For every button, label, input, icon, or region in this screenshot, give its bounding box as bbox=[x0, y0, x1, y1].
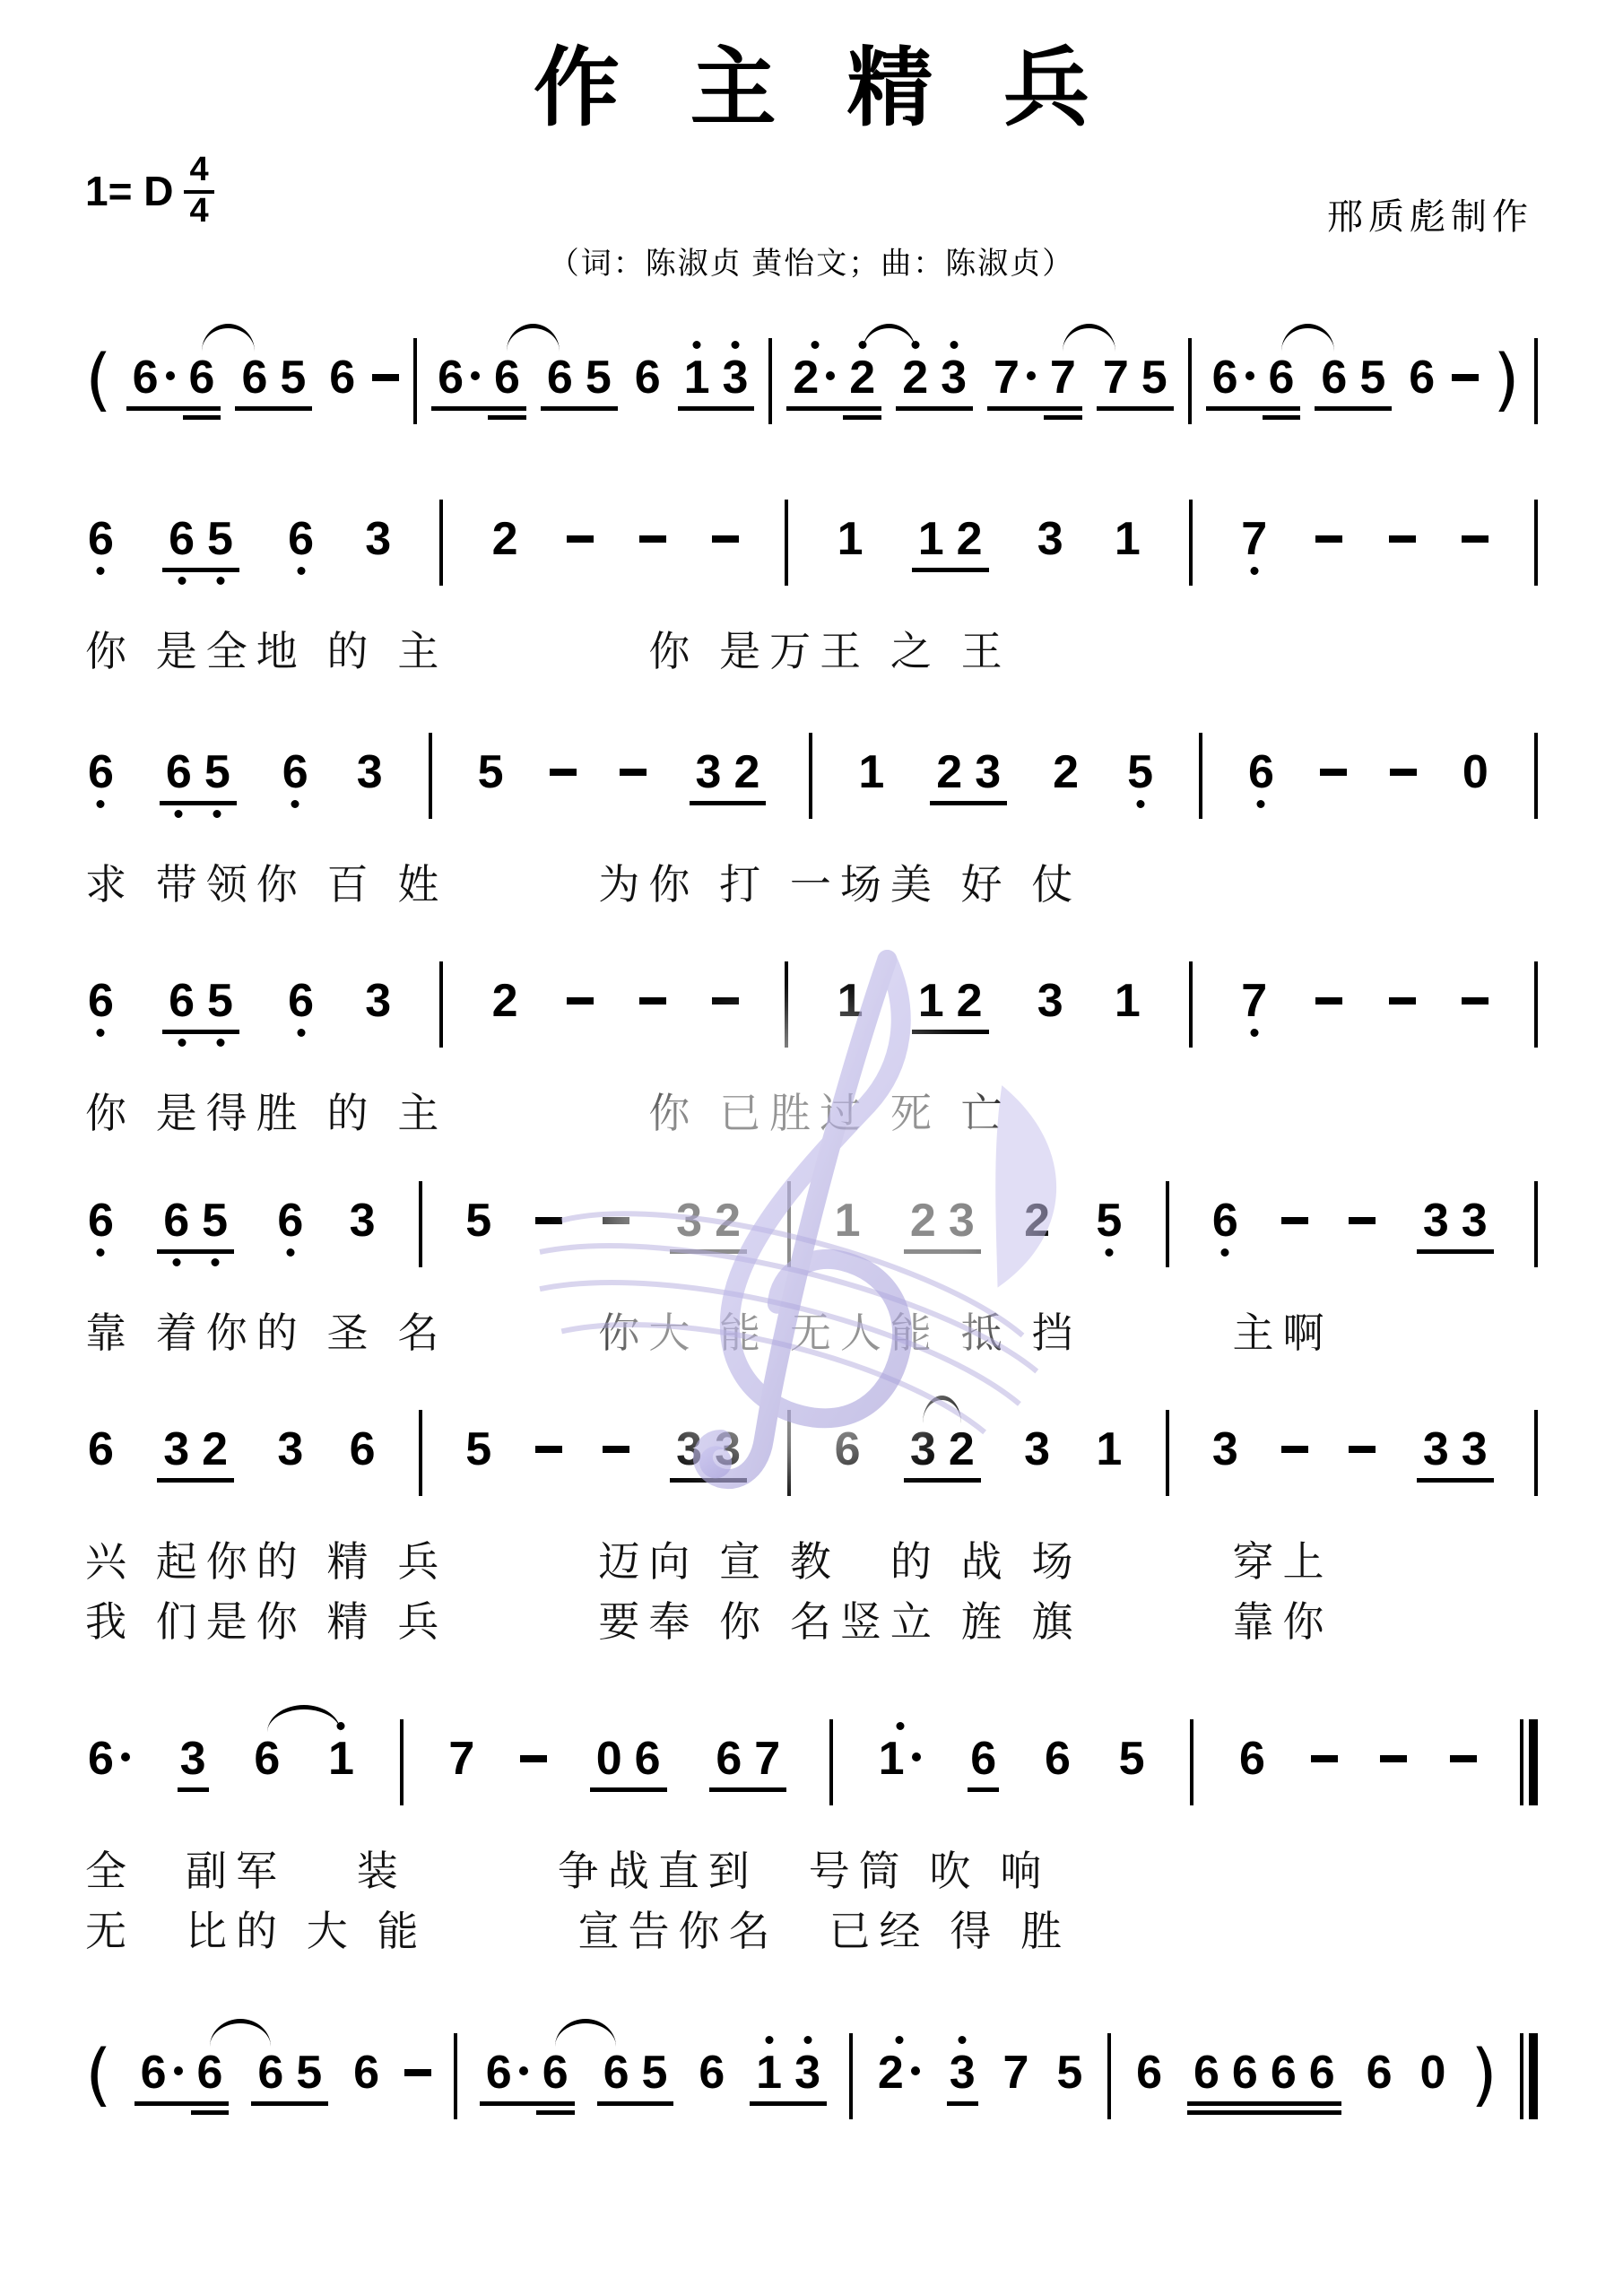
note: 6 bbox=[285, 516, 317, 562]
beam-group: 65 bbox=[160, 749, 237, 805]
note-digit: 5 bbox=[1124, 749, 1156, 796]
notes-row: 63617066716656 bbox=[85, 1735, 1538, 1825]
final-barline-thin bbox=[1520, 2033, 1523, 2119]
duration-dash bbox=[567, 997, 594, 1004]
note-digit: 6 bbox=[126, 354, 183, 411]
barline bbox=[1189, 500, 1193, 586]
notes-row: 665632112317 bbox=[85, 978, 1538, 1067]
note: 6 bbox=[326, 354, 358, 401]
note-digit: 6 bbox=[480, 2049, 536, 2106]
note-digit: 1 bbox=[1093, 1426, 1124, 1473]
slur bbox=[507, 324, 560, 352]
note-digit: 5 bbox=[195, 1197, 234, 1254]
duration-dash bbox=[1452, 374, 1479, 381]
barline bbox=[1166, 1410, 1169, 1496]
note-digit: 1 bbox=[855, 749, 887, 796]
note-digit: 6 bbox=[968, 1735, 999, 1792]
note: 6 bbox=[431, 354, 488, 411]
note-digit: 6 bbox=[183, 354, 221, 411]
note-digit: 2 bbox=[930, 749, 968, 805]
duration-dash bbox=[1311, 1755, 1338, 1762]
note: 2 bbox=[195, 1426, 234, 1483]
barline bbox=[1189, 961, 1193, 1048]
note: 6 bbox=[85, 516, 117, 562]
note-digit: 5 bbox=[463, 1426, 494, 1473]
note-digit: 1 bbox=[832, 1197, 864, 1244]
note: 1 bbox=[1112, 516, 1143, 562]
note: 1 bbox=[912, 978, 950, 1034]
notes-row: 665635321232560 bbox=[85, 749, 1538, 839]
notes-row: (6665666656132223777566656) bbox=[85, 354, 1538, 444]
note: 6 bbox=[1206, 354, 1263, 411]
duration-dash bbox=[603, 1217, 629, 1224]
dot-below bbox=[97, 1248, 105, 1257]
system-verse2-line2: 6656353212325633靠 着你的 圣 名 你大 能 无人能 抵 挡 主… bbox=[85, 1197, 1538, 1358]
note-digit: 1 bbox=[912, 516, 950, 572]
beam-group: 65 bbox=[157, 1197, 234, 1254]
barline bbox=[1534, 733, 1538, 819]
note: 6 bbox=[1264, 2049, 1303, 2106]
note: 7 bbox=[1238, 978, 1270, 1024]
note: 3 bbox=[1455, 1197, 1494, 1254]
note-digit: 7 bbox=[1044, 354, 1082, 411]
note: 5 bbox=[463, 1426, 494, 1473]
barline bbox=[429, 733, 432, 819]
augmentation-dot bbox=[912, 1752, 921, 1761]
note: 5 bbox=[1353, 354, 1392, 411]
note: 2 bbox=[727, 749, 766, 805]
note-digit: 7 bbox=[1238, 516, 1270, 562]
beam-group: 65 bbox=[251, 2049, 328, 2106]
note-digit: 3 bbox=[947, 2049, 978, 2106]
note-digit: 6 bbox=[1237, 1735, 1268, 1782]
beam-group: 23 bbox=[930, 749, 1007, 805]
system-chorus-line1: 6323653363231333兴 起你的 精 兵 迈向 宣 教 的 战 场 穿… bbox=[85, 1426, 1538, 1647]
note: 5 bbox=[475, 749, 507, 796]
note-digit: 3 bbox=[1455, 1197, 1494, 1254]
dot-below bbox=[1105, 1248, 1113, 1257]
barline bbox=[768, 338, 772, 424]
note: 2 bbox=[942, 1426, 981, 1483]
note: 6 bbox=[541, 354, 579, 411]
note-digit: 6 bbox=[632, 354, 664, 401]
system-verse1-line2: 665635321232560求 带领你 百 姓 为你 打 一场美 好 仗 bbox=[85, 749, 1538, 909]
duration-dash bbox=[535, 1217, 562, 1224]
dot-below bbox=[297, 1029, 305, 1037]
note: 6 bbox=[1263, 354, 1301, 411]
note-digit: 6 bbox=[251, 2049, 290, 2106]
note-digit: 6 bbox=[1315, 354, 1353, 411]
note-digit: 2 bbox=[195, 1426, 234, 1483]
beam-group: 22 bbox=[786, 354, 881, 411]
note-digit: 3 bbox=[904, 1426, 942, 1483]
beam-group: 6666 bbox=[1187, 2049, 1341, 2106]
note-digit: 5 bbox=[463, 1197, 494, 1244]
beam-group: 65 bbox=[162, 978, 239, 1034]
augmentation-dot bbox=[166, 371, 175, 380]
note: 5 bbox=[201, 978, 239, 1034]
notes-row: 6323653363231333 bbox=[85, 1426, 1538, 1516]
note: 5 bbox=[1116, 1735, 1148, 1782]
dot-above bbox=[811, 341, 819, 349]
note-digit: 6 bbox=[85, 1735, 135, 1782]
note: 2 bbox=[930, 749, 968, 805]
dot-below bbox=[178, 577, 186, 585]
duration-dash bbox=[620, 769, 647, 776]
note-digit: 6 bbox=[1303, 2049, 1341, 2106]
barline bbox=[1166, 1181, 1169, 1267]
dot-below bbox=[1250, 567, 1258, 575]
note: 6 bbox=[347, 1426, 378, 1473]
note-digit: 7 bbox=[446, 1735, 477, 1782]
note-digit: 6 bbox=[85, 978, 117, 1024]
note-digit: 0 bbox=[1417, 2049, 1448, 2096]
note-digit: 6 bbox=[1210, 1197, 1241, 1244]
note: 6 bbox=[285, 978, 317, 1024]
beam-group: 66 bbox=[431, 354, 526, 411]
note-digit: 6 bbox=[85, 749, 117, 796]
slur bbox=[555, 2019, 616, 2047]
note: 3 bbox=[670, 1197, 708, 1254]
lyric-line-1: 靠 着你的 圣 名 你大 能 无人能 抵 挡 主啊 bbox=[85, 1309, 1538, 1358]
note: 2 bbox=[950, 516, 989, 572]
note: 5 bbox=[1093, 1197, 1124, 1244]
note: 6 bbox=[162, 516, 201, 572]
note: 6 bbox=[191, 2049, 230, 2106]
note: 6 bbox=[85, 1426, 117, 1473]
note-digit: 6 bbox=[280, 749, 311, 796]
note: 5 bbox=[201, 516, 239, 572]
note-digit: 6 bbox=[347, 1426, 378, 1473]
note: 1 bbox=[835, 516, 866, 562]
note: 6 bbox=[280, 749, 311, 796]
barline bbox=[809, 733, 812, 819]
note: 0 bbox=[1460, 749, 1491, 796]
note: 1 bbox=[678, 354, 716, 411]
note-digit: 7 bbox=[1097, 354, 1135, 411]
note: 6 bbox=[1042, 1735, 1073, 1782]
note-digit: 1 bbox=[750, 2049, 788, 2106]
dot-below bbox=[297, 567, 305, 575]
note: 5 bbox=[273, 354, 312, 411]
barline bbox=[1107, 2033, 1111, 2119]
note: 2 bbox=[904, 1197, 942, 1254]
note: 6 bbox=[488, 354, 526, 411]
final-barline bbox=[1520, 2033, 1538, 2119]
beam-group: 77 bbox=[987, 354, 1082, 411]
note: 3 bbox=[947, 2049, 978, 2106]
note: 2 bbox=[490, 516, 521, 562]
note-digit: 6 bbox=[629, 1735, 667, 1792]
lyric-line-1: 兴 起你的 精 兵 迈向 宣 教 的 战 场 穿上 bbox=[85, 1537, 1538, 1587]
note-digit: 6 bbox=[1264, 2049, 1303, 2106]
barline bbox=[1534, 500, 1538, 586]
notes-row: 6656353212325633 bbox=[85, 1197, 1538, 1287]
note: 6 bbox=[235, 354, 273, 411]
note: 3 bbox=[1035, 978, 1066, 1024]
note: 2 bbox=[1021, 1197, 1053, 1244]
barline bbox=[419, 1410, 422, 1496]
note-digit: 5 bbox=[273, 354, 312, 411]
dot-above bbox=[765, 2036, 773, 2044]
note: 7 bbox=[1238, 516, 1270, 562]
note: 5 bbox=[195, 1197, 234, 1254]
dot-above bbox=[731, 341, 739, 349]
note-digit: 6 bbox=[541, 354, 579, 411]
note: 3 bbox=[690, 749, 728, 805]
parenthesis: ) bbox=[1471, 2040, 1497, 2109]
barline bbox=[419, 1181, 422, 1267]
note: 3 bbox=[347, 1197, 378, 1244]
dot-below bbox=[1257, 800, 1265, 808]
note-digit: 0 bbox=[590, 1735, 629, 1792]
note: 3 bbox=[1417, 1197, 1455, 1254]
barline bbox=[1534, 961, 1538, 1048]
duration-dash bbox=[1462, 997, 1488, 1004]
duration-dash bbox=[1281, 1217, 1308, 1224]
note: 6 bbox=[1245, 749, 1277, 796]
note-digit: 1 bbox=[1112, 516, 1143, 562]
duration-dash bbox=[567, 535, 594, 543]
barline bbox=[413, 338, 417, 424]
note: 6 bbox=[1187, 2049, 1226, 2106]
note: 1 bbox=[325, 1735, 357, 1782]
beam-group: 66 bbox=[135, 2049, 230, 2106]
note-digit: 2 bbox=[904, 1197, 942, 1254]
note-digit: 2 bbox=[950, 516, 989, 572]
note-digit: 3 bbox=[690, 749, 728, 805]
note: 5 bbox=[1054, 2049, 1085, 2096]
dot-below bbox=[97, 1029, 105, 1037]
note: 6 bbox=[709, 1735, 748, 1792]
beam-group: 65 bbox=[541, 354, 618, 411]
beam-group: 32 bbox=[157, 1426, 234, 1483]
parenthesis: ) bbox=[1493, 345, 1520, 413]
note-digit: 2 bbox=[843, 354, 881, 411]
barline bbox=[785, 500, 788, 586]
note-digit: 3 bbox=[354, 749, 386, 796]
system-intro: (6665666656132223777566656) bbox=[85, 354, 1538, 444]
dot-below bbox=[1221, 1248, 1229, 1257]
note-digit: 5 bbox=[201, 978, 239, 1034]
beam-group: 32 bbox=[670, 1197, 747, 1254]
sheet-music-page: 作 主 精 兵 1= D 4 4 邢质彪制作 （词：陈淑贞 黄怡文；曲：陈淑贞）… bbox=[0, 0, 1623, 2296]
note-digit: 5 bbox=[1054, 2049, 1085, 2096]
dot-below bbox=[172, 1258, 180, 1266]
note-digit: 6 bbox=[1133, 2049, 1165, 2096]
note: 3 bbox=[1035, 516, 1066, 562]
note: 3 bbox=[1417, 1426, 1455, 1483]
note: 3 bbox=[708, 1426, 747, 1483]
barline bbox=[1534, 338, 1538, 424]
dot-above bbox=[959, 2036, 967, 2044]
dot-below bbox=[97, 567, 105, 575]
note: 3 bbox=[362, 978, 394, 1024]
barline bbox=[1199, 733, 1202, 819]
note: 3 bbox=[788, 2049, 827, 2106]
note-digit: 5 bbox=[1093, 1197, 1124, 1244]
note-digit: 6 bbox=[431, 354, 488, 411]
note: 1 bbox=[912, 516, 950, 572]
lyric-line-1: 你 是得胜 的 主 你 已胜过 死 亡 bbox=[85, 1089, 1538, 1138]
beam-group: 67 bbox=[709, 1735, 786, 1792]
note: 7 bbox=[1001, 2049, 1032, 2096]
note-digit: 1 bbox=[1112, 978, 1143, 1024]
note-digit: 6 bbox=[1206, 354, 1263, 411]
final-barline bbox=[1520, 1719, 1538, 1805]
dot-above bbox=[337, 1722, 345, 1730]
note-digit: 1 bbox=[912, 978, 950, 1034]
duration-dash bbox=[603, 1446, 629, 1453]
augmentation-dot bbox=[471, 371, 480, 380]
duration-dash bbox=[550, 769, 577, 776]
note-digit: 6 bbox=[326, 354, 358, 401]
beam-group: 13 bbox=[678, 354, 755, 411]
note-digit: 5 bbox=[579, 354, 618, 411]
note-digit: 5 bbox=[635, 2049, 673, 2106]
barline bbox=[1534, 1410, 1538, 1496]
note: 1 bbox=[855, 749, 887, 796]
parenthesis: ( bbox=[85, 2040, 112, 2109]
note-digit: 6 bbox=[85, 1197, 117, 1244]
dot-above bbox=[911, 341, 919, 349]
augmentation-dot bbox=[911, 2066, 920, 2075]
note: 7 bbox=[748, 1735, 786, 1792]
note: 3 bbox=[1455, 1426, 1494, 1483]
duration-dash bbox=[712, 997, 739, 1004]
note: 3 bbox=[274, 1426, 306, 1473]
barline bbox=[454, 2033, 457, 2119]
note: 7 bbox=[1044, 354, 1082, 411]
note-digit: 3 bbox=[716, 354, 755, 411]
note: 3 bbox=[157, 1426, 195, 1483]
note-digit: 6 bbox=[597, 2049, 636, 2106]
duration-dash bbox=[1281, 1446, 1308, 1453]
dot-below bbox=[1250, 1029, 1258, 1037]
note-digit: 2 bbox=[490, 516, 521, 562]
barline bbox=[400, 1719, 404, 1805]
note-digit: 3 bbox=[362, 516, 394, 562]
duration-dash bbox=[372, 374, 399, 381]
note-digit: 6 bbox=[160, 749, 198, 805]
note-digit: 6 bbox=[274, 1197, 306, 1244]
note: 6 bbox=[251, 1735, 282, 1782]
duration-dash bbox=[1390, 769, 1417, 776]
note: 2 bbox=[896, 354, 934, 411]
note-digit: 3 bbox=[670, 1426, 708, 1483]
note-digit: 2 bbox=[1050, 749, 1081, 796]
duration-dash bbox=[1315, 535, 1342, 543]
note: 2 bbox=[950, 978, 989, 1034]
note-digit: 6 bbox=[1042, 1735, 1073, 1782]
note: 6 bbox=[351, 2049, 382, 2096]
note: 3 bbox=[1021, 1426, 1053, 1473]
dot-above bbox=[693, 341, 701, 349]
note-digit: 6 bbox=[162, 978, 201, 1034]
note: 6 bbox=[1226, 2049, 1264, 2106]
slur bbox=[267, 1705, 342, 1733]
note: 6 bbox=[162, 978, 201, 1034]
note: 6 bbox=[251, 2049, 290, 2106]
note: 3 bbox=[178, 1735, 209, 1792]
note: 2 bbox=[875, 2049, 924, 2096]
note: 5 bbox=[635, 2049, 673, 2106]
beam-group: 32 bbox=[690, 749, 767, 805]
duration-dash bbox=[1450, 1755, 1477, 1762]
duration-dash bbox=[520, 1755, 547, 1762]
notes-row: (66656666561323756666660) bbox=[85, 2049, 1538, 2139]
beam-group: 12 bbox=[912, 978, 989, 1034]
note-digit: 7 bbox=[748, 1735, 786, 1792]
barline bbox=[787, 1410, 791, 1496]
note-digit: 2 bbox=[875, 2049, 924, 2096]
barline bbox=[1188, 338, 1192, 424]
note-digit: 2 bbox=[1021, 1197, 1053, 1244]
dot-above bbox=[858, 341, 866, 349]
augmentation-dot bbox=[1027, 371, 1036, 380]
note-digit: 2 bbox=[786, 354, 843, 411]
note-digit: 6 bbox=[1263, 354, 1301, 411]
dot-above bbox=[896, 2036, 904, 2044]
lyric-line-1: 你 是全地 的 主 你 是万王 之 王 bbox=[85, 627, 1538, 676]
dot-below bbox=[1136, 800, 1144, 808]
note-digit: 2 bbox=[727, 749, 766, 805]
dot-below bbox=[97, 800, 105, 808]
note-digit: 3 bbox=[178, 1735, 209, 1792]
note: 6 bbox=[1315, 354, 1353, 411]
final-barline-thick bbox=[1529, 2033, 1538, 2119]
note: 3 bbox=[1210, 1426, 1241, 1473]
note-digit: 2 bbox=[950, 978, 989, 1034]
note-digit: 3 bbox=[670, 1197, 708, 1254]
barline bbox=[1534, 1181, 1538, 1267]
note: 6 bbox=[85, 1197, 117, 1244]
note: 2 bbox=[708, 1197, 747, 1254]
note-digit: 5 bbox=[1353, 354, 1392, 411]
note: 6 bbox=[160, 749, 198, 805]
note-digit: 2 bbox=[942, 1426, 981, 1483]
note: 1 bbox=[1112, 978, 1143, 1024]
note-digit: 6 bbox=[1245, 749, 1277, 796]
duration-dash bbox=[535, 1446, 562, 1453]
note-digit: 3 bbox=[1417, 1426, 1455, 1483]
note: 6 bbox=[1133, 2049, 1165, 2096]
dot-below bbox=[216, 1039, 224, 1047]
note-digit: 2 bbox=[896, 354, 934, 411]
barline bbox=[787, 1181, 791, 1267]
note-digit: 3 bbox=[708, 1426, 747, 1483]
note: 6 bbox=[832, 1426, 864, 1473]
slur bbox=[1281, 324, 1334, 352]
system-verse2-line1: 665632112317你 是得胜 的 主 你 已胜过 死 亡 bbox=[85, 978, 1538, 1138]
note: 6 bbox=[632, 354, 664, 401]
note: 6 bbox=[274, 1197, 306, 1244]
note-digit: 5 bbox=[1116, 1735, 1148, 1782]
note: 0 bbox=[590, 1735, 629, 1792]
lyric-line-2: 我 们是你 精 兵 要奉 你 名竖立 旌 旗 靠你 bbox=[85, 1597, 1538, 1647]
note: 1 bbox=[1093, 1426, 1124, 1473]
note: 6 bbox=[85, 1735, 135, 1782]
dot-below bbox=[286, 1248, 294, 1257]
note-digit: 7 bbox=[1001, 2049, 1032, 2096]
note: 6 bbox=[85, 749, 117, 796]
note: 5 bbox=[1135, 354, 1174, 411]
note: 1 bbox=[835, 978, 866, 1024]
beam-group: 65 bbox=[235, 354, 312, 411]
duration-dash bbox=[1315, 997, 1342, 1004]
augmentation-dot bbox=[121, 1752, 130, 1761]
system-chorus-line2: 63617066716656全 副军 装 争战直到 号筒 吹 响无 比的 大 能… bbox=[85, 1735, 1538, 1956]
